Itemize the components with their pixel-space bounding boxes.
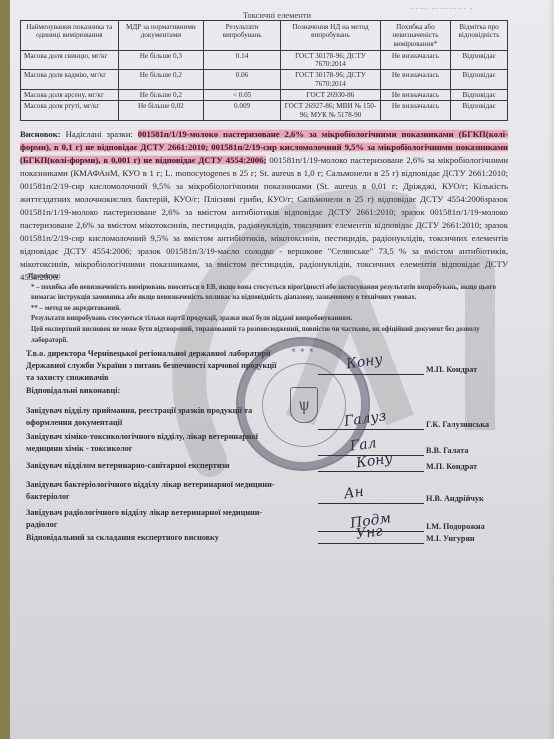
table-cell: Не визначалась [380,101,450,121]
table-cell: ГОСТ 30178-96; ДСТУ 7670:2014 [281,50,381,70]
executor-signature: Кону [355,453,393,470]
signature-line [318,543,424,544]
col-header: Відмітка про відповідність [451,21,508,51]
table-cell: 0.06 [204,70,281,90]
col-header: Найменування показника та одиниці вимірю… [21,21,119,51]
table-row: Масова доля арсену, мг/кгНе більше 0,2< … [21,89,508,100]
tryzub-icon: ѱ [290,387,318,423]
table-cell: < 0.05 [204,89,281,100]
table-header-row: Найменування показника та одиниці вимірю… [21,21,508,51]
executor-name: В.В. Галата [426,445,468,457]
table-cell: Масова доля кадмію, мг/кг [21,70,119,90]
table-cell: Не визначалась [380,89,450,100]
note-item: Цей експертний висновок не може бути від… [28,325,508,346]
note-item: ** – метод не акредитований. [28,304,508,315]
table-title: Токсичні елементи [0,10,554,20]
stamp-text: ★ ★ ★ [238,347,368,354]
table-cell: Не визначалась [380,70,450,90]
executor-role: Відповідальний за складання експертного … [26,532,281,544]
director-name: М.П. Кондрат [426,364,477,376]
table-row: Масова доля свинцю, мг/кгНе більше 0,30.… [21,50,508,70]
conclusion-intro: Надіслані зразки: [61,129,138,139]
table-cell: Відповідає [451,89,508,100]
official-stamp: ★ ★ ★ ѱ [236,337,370,471]
table-cell: ГОСТ 26927-86; МВИ № 150-96; МУК № 5178-… [281,101,381,121]
table-cell: Масова доля ртуті, мг/кг [21,101,119,121]
stamp-inner-ring: ѱ [262,363,346,447]
executor-name: Г.К. Галузинська [426,419,489,431]
table-cell: Не визначалась [380,50,450,70]
executor-name: М.І. Унгурян [426,533,475,545]
conclusion-rest: 001581п/1/19-молоко пастеризоване 2,6% з… [20,155,508,282]
table-cell: Відповідає [451,70,508,90]
signature-line [318,503,424,504]
table-cell: ГОСТ 26930-86 [281,89,381,100]
table-cell: Не більше 0,3 [118,50,203,70]
table-cell: Масова доля свинцю, мг/кг [21,50,119,70]
table-row: Масова доля ртуті, мг/кгНе більше 0,020.… [21,101,508,121]
table-cell: Не більше 0,2 [118,89,203,100]
conclusion-label: Висновок: [20,129,61,139]
col-header: Результати випробувань [204,21,281,51]
executor-name: Н.В. Андрійчук [426,493,484,505]
note-item: * – похибка або невизначеність вимірюван… [28,283,508,304]
table-cell: Відповідає [451,101,508,121]
col-header: МДР за нормативними документами [118,21,203,51]
executor-name: І.М. Подорожна [426,521,485,533]
executor-role: Завідувач відділом ветеринарно-санітарно… [26,460,281,472]
table-cell: Відповідає [451,50,508,70]
notes-title: Примітки: [28,272,508,283]
executor-name: М.П. Кондрат [426,461,477,473]
notes: Примітки: * – похибка або невизначеність… [28,272,508,346]
col-header: Позначення НД на метод випробувань [281,21,381,51]
executor-role: Завідувач бактеріологічного відділу ліка… [26,479,281,503]
table-cell: 0.009 [204,101,281,121]
toxic-elements-table: Найменування показника та одиниці вимірю… [20,20,508,121]
table-cell: Масова доля арсену, мг/кг [21,89,119,100]
executor-signature: Ан [343,486,364,501]
table-row: Масова доля кадмію, мг/кгНе більше 0,20.… [21,70,508,90]
table-cell: Не більше 0,02 [118,101,203,121]
table-cell: 0.14 [204,50,281,70]
executor-signature: Унг [355,525,383,541]
table-cell: Не більше 0,2 [118,70,203,90]
table-cell: ГОСТ 30178-96; ДСТУ 7670:2014 [281,70,381,90]
note-item: Результати випробувань стосуються тільки… [28,314,508,325]
signature-line [318,471,424,472]
conclusion: Висновок: Надіслані зразки: 001581п/1/19… [20,128,508,284]
col-header: Похибка або невизначеність вимірювання* [380,21,450,51]
executor-role: Завідувач радіологічного відділу лікар в… [26,507,281,531]
